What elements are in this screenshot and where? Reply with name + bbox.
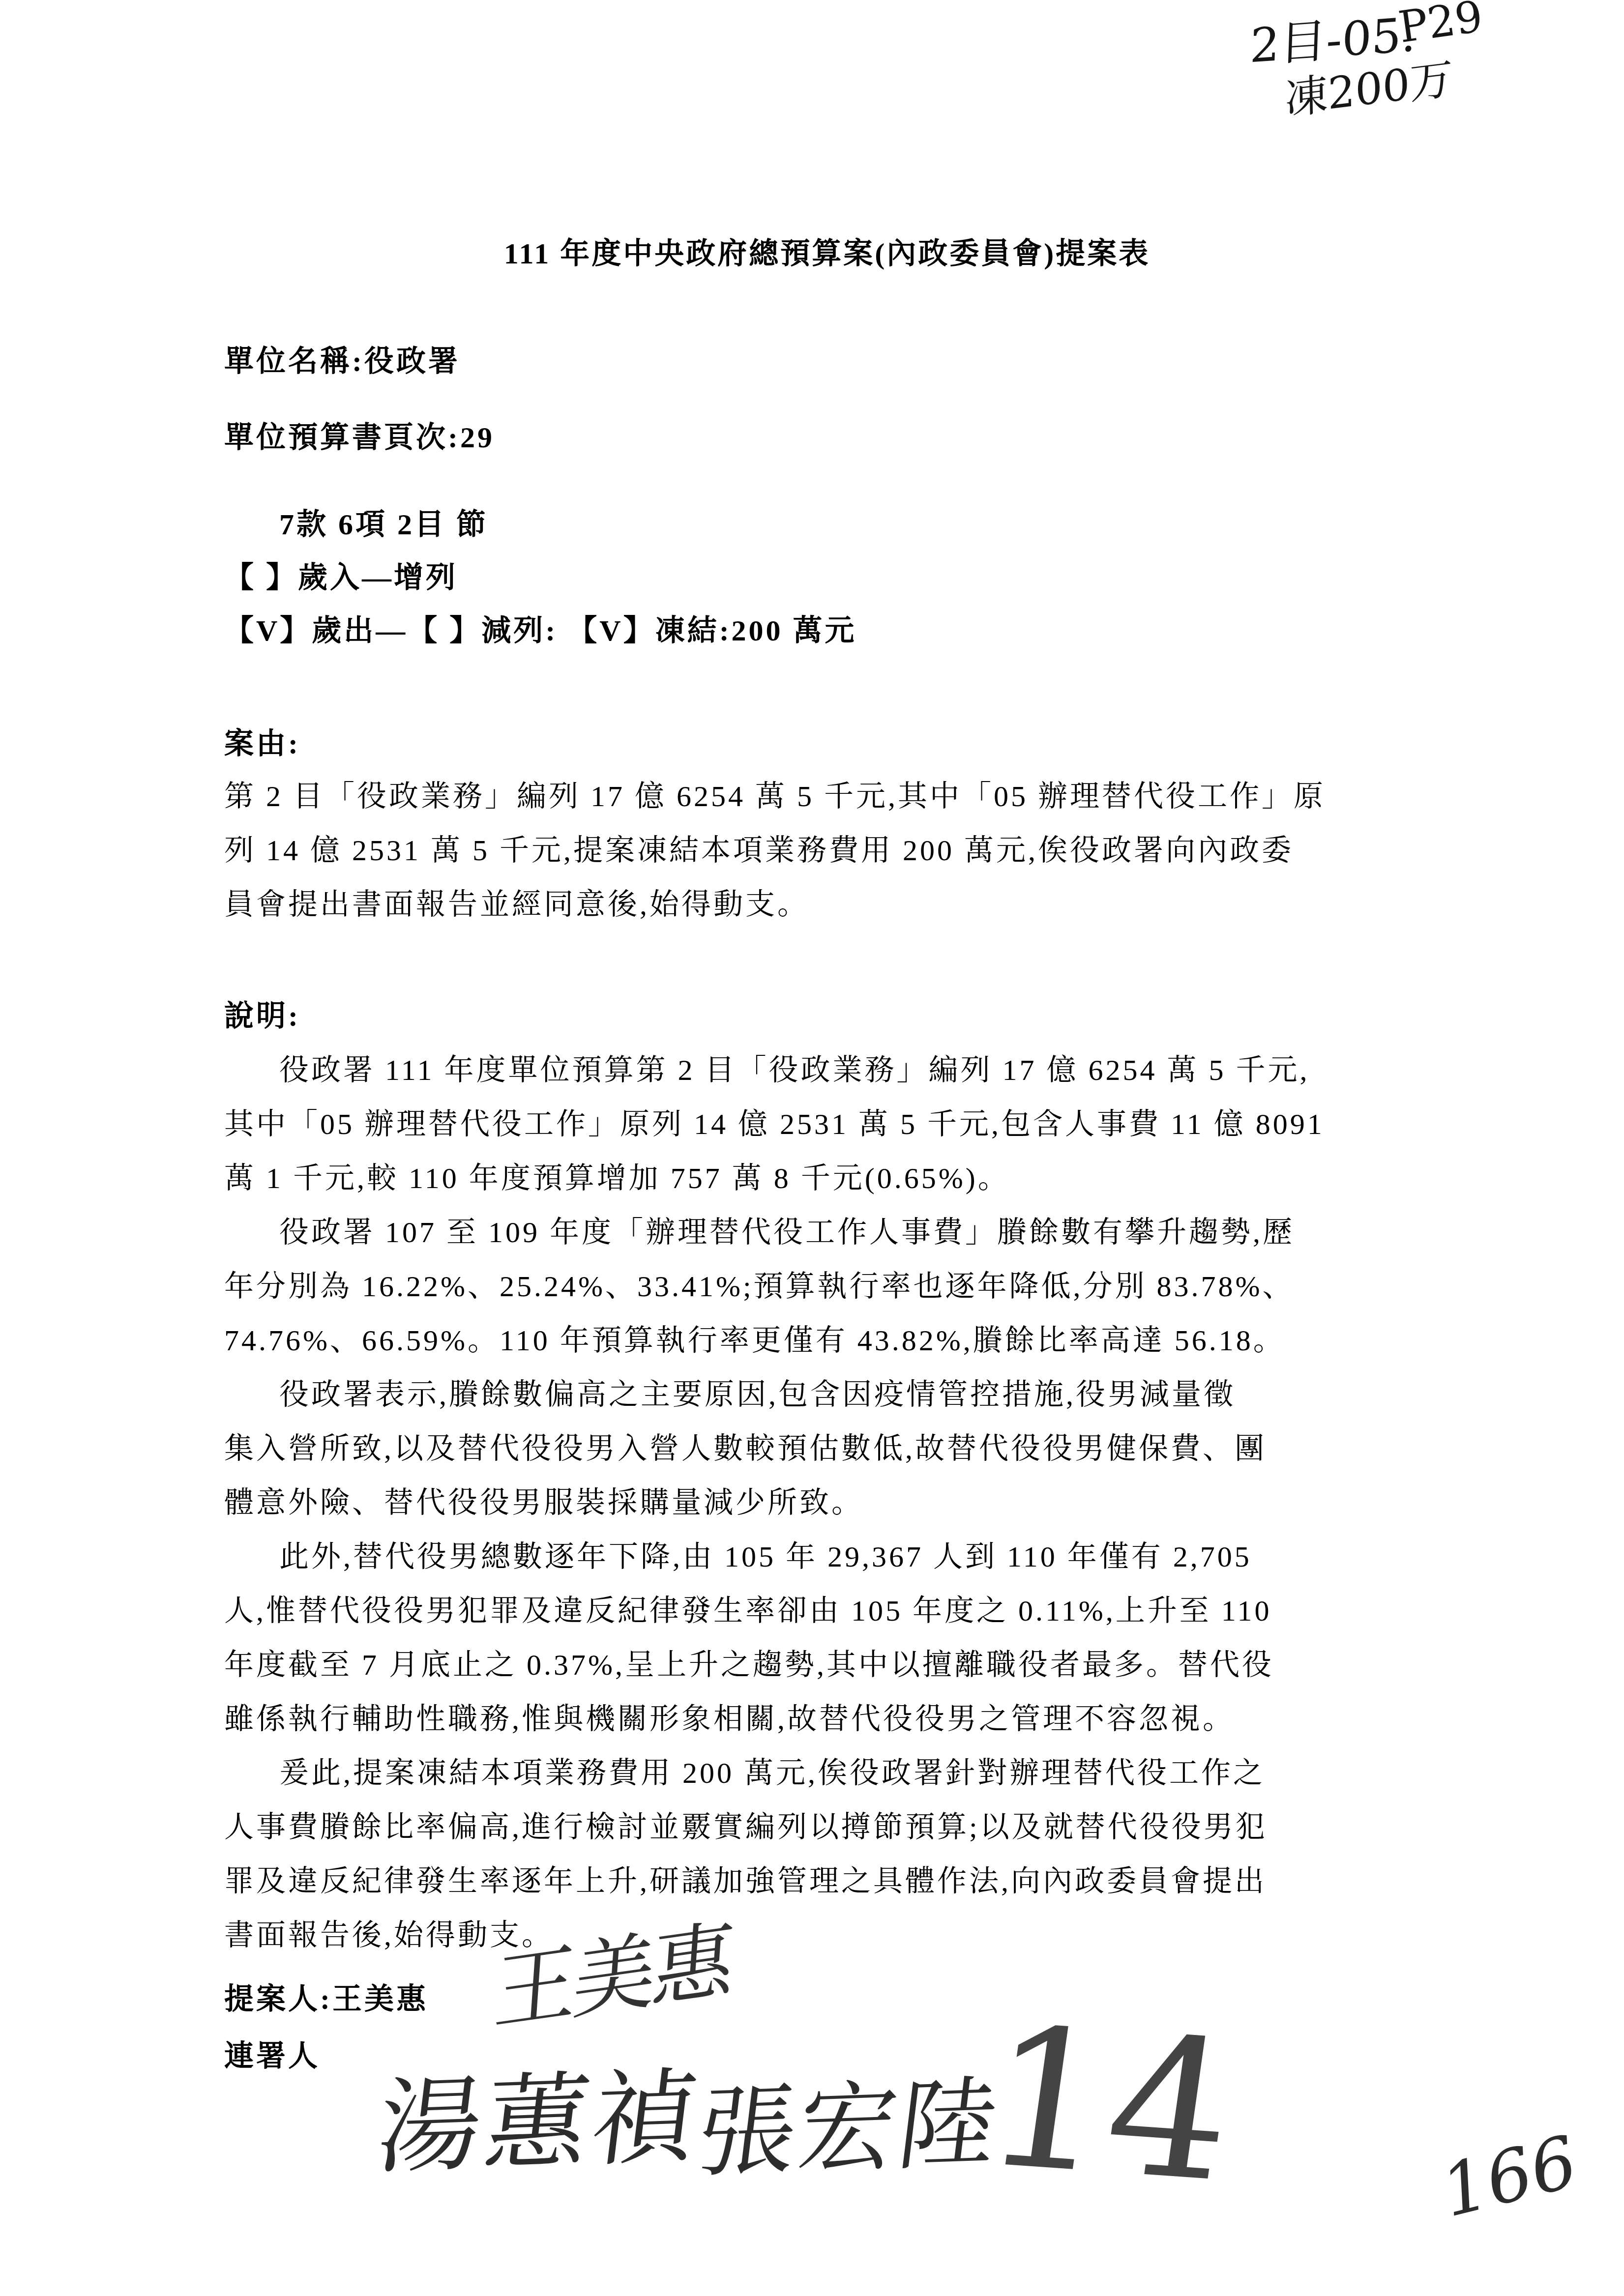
cosigner-signature-2: 張宏陸: [691, 2044, 1009, 2197]
explanation-line: 萬 1 千元,較 110 年度預算增加 757 萬 8 千元(0.65%)。: [224, 1161, 1010, 1195]
case-line: 第 2 目「役政業務」編列 17 億 6254 萬 5 千元,其中「05 辦理替…: [224, 779, 1326, 814]
proposer-signature: 王美惠: [491, 1891, 736, 2047]
explanation-line: 罪及違反紀律發生率逐年上升,研議加強管理之具體作法,向內政委員會提出: [224, 1864, 1267, 1898]
case-line: 員會提出書面報告並經同意後,始得動支。: [224, 887, 809, 922]
unit-name: 單位名稱:役政署: [224, 344, 460, 378]
page-number: 166: [1433, 2120, 1585, 2234]
cosigner-signature-1: 湯蕙禎: [370, 2034, 710, 2194]
explanation-line: 役政署表示,賸餘數偏高之主要原因,包含因疫情管控措施,役男減量徵: [224, 1377, 1236, 1412]
explanation-line: 人事費賸餘比率偏高,進行檢討並覈實編列以撙節預算;以及就替代役役男犯: [224, 1810, 1268, 1844]
case-heading: 案由:: [224, 727, 300, 761]
explanation-line: 役政署 111 年度單位預算第 2 目「役政業務」編列 17 億 6254 萬 …: [224, 1053, 1310, 1087]
explanation-line: 其中「05 辦理替代役工作」原列 14 億 2531 萬 5 千元,包含人事費 …: [224, 1107, 1325, 1141]
scanned-document-page: 2目-05. P29 凍200万 111 年度中央政府總預算案(內政委員會)提案…: [0, 0, 1624, 2296]
explanation-line: 雖係執行輔助性職務,惟與機關形象相關,故替代役役男之管理不容忽視。: [224, 1702, 1235, 1736]
explanation-heading: 說明:: [224, 999, 300, 1033]
budget-item-line: 7款 6項 2目 節: [224, 507, 488, 542]
explanation-line: 集入營所致,以及替代役役男入營人數較預估數低,故替代役役男健保費、團: [224, 1431, 1267, 1466]
explanation-line: 此外,替代役男總數逐年下降,由 105 年 29,367 人到 110 年僅有 …: [224, 1540, 1252, 1574]
cosign-count-number: 14: [972, 1986, 1246, 2224]
explanation-line: 74.76%、66.59%。110 年預算執行率更僅有 43.82%,賸餘比率高…: [224, 1323, 1285, 1358]
proposer-line: 提案人:王美惠: [224, 1982, 428, 2016]
explanation-line: 體意外險、替代役役男服裝採購量減少所致。: [224, 1485, 863, 1520]
unit-budget-page: 單位預算書頁次:29: [224, 420, 495, 455]
cosigner-label: 連署人: [224, 2039, 320, 2073]
explanation-line: 人,惟替代役役男犯罪及違反紀律發生率卻由 105 年度之 0.11%,上升至 1…: [224, 1594, 1272, 1628]
expenditure-checkbox-line: 【V】歲出—【 】減列: 【V】凍結:200 萬元: [224, 613, 857, 648]
explanation-line: 爰此,提案凍結本項業務費用 200 萬元,俟役政署針對辦理替代役工作之: [224, 1756, 1265, 1790]
explanation-line: 年度截至 7 月底止之 0.37%,呈上升之趨勢,其中以擅離職役者最多。替代役: [224, 1648, 1274, 1682]
explanation-line: 年分別為 16.22%、25.24%、33.41%;預算執行率也逐年降低,分別 …: [224, 1269, 1295, 1304]
revenue-checkbox-line: 【 】歲入—增列: [224, 560, 458, 595]
handwritten-note-page-ref: P29: [1395, 0, 1486, 53]
explanation-line: 役政署 107 至 109 年度「辦理替代役工作人事費」賸餘數有攀升趨勢,歷: [224, 1215, 1295, 1250]
document-title: 111 年度中央政府總預算案(內政委員會)提案表: [224, 230, 1430, 272]
case-line: 列 14 億 2531 萬 5 千元,提案凍結本項業務費用 200 萬元,俟役政…: [224, 833, 1294, 868]
